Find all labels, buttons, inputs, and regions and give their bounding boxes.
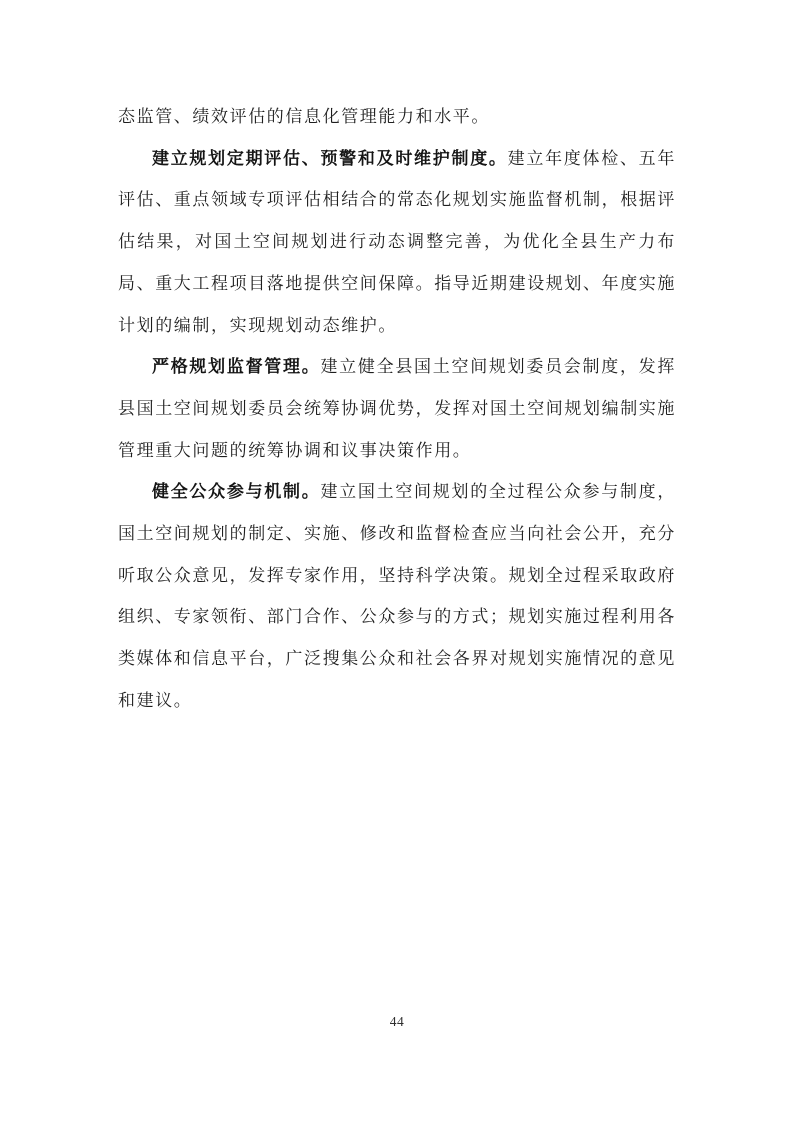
paragraph-bold-lead: 建立规划定期评估、预警和及时维护制度。 [152,149,508,168]
paragraph-continuation: 态监管、绩效评估的信息化管理能力和水平。 [118,96,676,138]
paragraph-text: 建立年度体检、五年评估、重点领域专项评估相结合的常态化规划实施监督机制，根据评估… [118,149,676,335]
paragraph-text: 建立国土空间规划的全过程公众参与制度，国土空间规划的制定、实施、修改和监督检查应… [118,482,676,710]
paragraph-supervision-management: 严格规划监督管理。建立健全县国土空间规划委员会制度，发挥县国土空间规划委员会统筹… [118,346,676,471]
paragraph-text: 态监管、绩效评估的信息化管理能力和水平。 [118,107,490,126]
page-number: 44 [0,1014,794,1030]
document-page: 态监管、绩效评估的信息化管理能力和水平。 建立规划定期评估、预警和及时维护制度。… [0,0,794,1122]
paragraph-bold-lead: 严格规划监督管理。 [152,357,320,376]
paragraph-public-participation: 健全公众参与机制。建立国土空间规划的全过程公众参与制度，国土空间规划的制定、实施… [118,471,676,721]
paragraph-periodic-evaluation: 建立规划定期评估、预警和及时维护制度。建立年度体检、五年评估、重点领域专项评估相… [118,138,676,347]
document-body: 态监管、绩效评估的信息化管理能力和水平。 建立规划定期评估、预警和及时维护制度。… [118,96,676,722]
paragraph-bold-lead: 健全公众参与机制。 [152,482,320,501]
